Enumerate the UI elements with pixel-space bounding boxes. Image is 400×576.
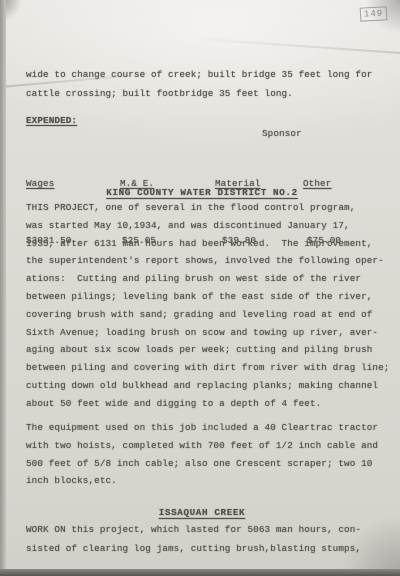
scan-edge-bottom — [0, 569, 400, 576]
project-description-paragraph: THIS PROJECT, one of several in the floo… — [26, 199, 389, 413]
issaquah-work-paragraph: WORK ON this project, which lasted for 5… — [26, 521, 361, 558]
intro-paragraph: wide to change course of creek; built br… — [26, 66, 372, 103]
equipment-paragraph: The equipment used on this job included … — [26, 419, 378, 490]
scanned-document-page: 149 wide to change course of creek; buil… — [0, 0, 400, 576]
page-number-mark: 149 — [359, 6, 387, 21]
expended-heading: EXPENDED: — [26, 112, 77, 130]
issaquah-creek-heading: ISSAQUAH CREEK — [26, 504, 378, 522]
scan-edge-left — [0, 0, 6, 576]
sponsor-label: Sponsor — [262, 125, 302, 143]
